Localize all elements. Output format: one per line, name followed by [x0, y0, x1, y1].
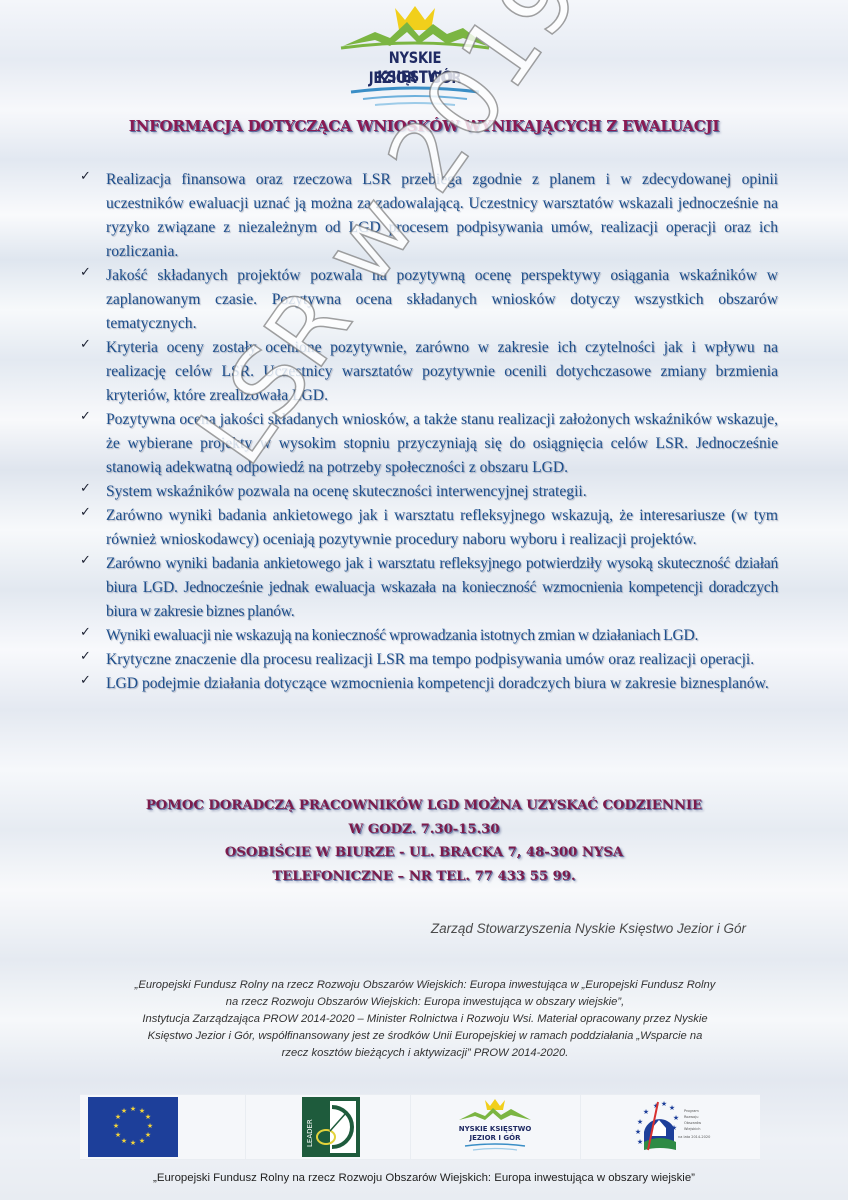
contact-line-1: POMOC DORADCZĄ PRACOWNIKÓW LGD MOŻNA UZY… [0, 794, 848, 818]
svg-text:★: ★ [637, 1138, 643, 1146]
list-item: ✓ Pozytywna ocena jakości składanych wni… [78, 408, 778, 480]
funding-note-line: Instytucja Zarządzająca PROW 2014-2020 –… [70, 1011, 780, 1028]
checkmark-icon: ✓ [80, 169, 91, 184]
list-item: ✓ Wyniki ewaluacji nie wskazują na konie… [78, 624, 778, 648]
svg-text:★: ★ [145, 1113, 151, 1121]
svg-text:Obszarów: Obszarów [684, 1121, 701, 1125]
list-item: ✓ Zarówno wyniki badania ankietowego jak… [78, 552, 778, 624]
leader-logo: LEADER [302, 1097, 360, 1157]
nyskie-ksiestwo-logo: NYSKIE KSIĘSTWO JEZIOR I GÓR [455, 1098, 535, 1156]
svg-text:★: ★ [147, 1122, 153, 1130]
checkmark-icon: ✓ [80, 625, 91, 640]
sponsor-logos: ★★★ ★★★ ★★★ ★★★ LEADER NYSKIE KSIĘSTWO J… [80, 1094, 760, 1160]
logo-text-line2: JEZIOR I GÓR [349, 68, 480, 87]
bottom-note: „Europejski Fundusz Rolny na rzecz Rozwo… [0, 1172, 848, 1184]
contact-hours: W GODZ. 7.30-15.30 [0, 818, 848, 842]
svg-text:na lata 2014-2020: na lata 2014-2020 [678, 1135, 710, 1139]
svg-text:★: ★ [121, 1107, 127, 1115]
list-item-text: System wskaźników pozwala na ocenę skute… [106, 480, 778, 504]
list-item: ✓ Jakość składanych projektów pozwala na… [78, 264, 778, 336]
svg-text:★: ★ [669, 1104, 675, 1112]
nyskie-logo-cell: NYSKIE KSIĘSTWO JEZIOR I GÓR [410, 1095, 581, 1159]
svg-text:★: ★ [643, 1108, 649, 1116]
svg-text:★: ★ [661, 1100, 667, 1108]
funding-note-line: na rzecz Rozwoju Obszarów Wiejskich: Eur… [70, 994, 780, 1011]
svg-text:★: ★ [139, 1137, 145, 1145]
funding-note-line: rzecz kosztów bieżących i aktywizacji” P… [70, 1045, 780, 1062]
svg-text:★: ★ [145, 1131, 151, 1139]
checkmark-icon: ✓ [80, 553, 91, 568]
svg-text:Rozwoju: Rozwoju [684, 1115, 698, 1119]
list-item: ✓ Realizacja finansowa oraz rzeczowa LSR… [78, 168, 778, 264]
contact-address: OSOBIŚCIE W BIURZE - UL. BRACKA 7, 48-30… [0, 841, 848, 865]
svg-text:★: ★ [130, 1105, 136, 1113]
checkmark-icon: ✓ [80, 649, 91, 664]
header-logo: NYSKIE KSIĘSTWO JEZIOR I GÓR [335, 2, 495, 112]
svg-text:★: ★ [121, 1137, 127, 1145]
svg-text:★: ★ [637, 1118, 643, 1126]
list-item-text: Jakość składanych projektów pozwala na p… [106, 264, 778, 336]
list-item-text: Zarówno wyniki badania ankietowego jak i… [106, 504, 778, 552]
list-item: ✓ Krytyczne znaczenie dla procesu realiz… [78, 648, 778, 672]
list-item: ✓ Zarówno wyniki badania ankietowego jak… [78, 504, 778, 552]
prow-logo-cell: ★★★ ★★★ ★★★ Program Rozwoju Obszarów Wie… [580, 1095, 760, 1159]
leader-cell: LEADER [245, 1095, 411, 1159]
prow-logo: ★★★ ★★★ ★★★ Program Rozwoju Obszarów Wie… [630, 1098, 714, 1156]
checkmark-icon: ✓ [80, 673, 91, 688]
svg-text:★: ★ [113, 1122, 119, 1130]
checkmark-icon: ✓ [80, 481, 91, 496]
funding-note: „Europejski Fundusz Rolny na rzecz Rozwo… [70, 977, 780, 1062]
contact-phone: TELEFONICZNE – NR TEL. 77 433 55 99. [0, 865, 848, 889]
svg-text:JEZIOR I GÓR: JEZIOR I GÓR [469, 1133, 522, 1142]
eu-flag-cell: ★★★ ★★★ ★★★ ★★★ [80, 1095, 246, 1159]
signature: Zarząd Stowarzyszenia Nyskie Księstwo Je… [0, 921, 746, 936]
checkmark-icon: ✓ [80, 505, 91, 520]
list-item: ✓ Kryteria oceny zostały ocenione pozyty… [78, 336, 778, 408]
checkmark-icon: ✓ [80, 337, 91, 352]
list-item-text: Kryteria oceny zostały ocenione pozytywn… [106, 336, 778, 408]
list-item-text: Zarówno wyniki badania ankietowego jak i… [106, 552, 778, 624]
funding-note-line: Księstwo Jezior i Gór, współfinansowany … [70, 1028, 780, 1045]
checkmark-icon: ✓ [80, 409, 91, 424]
list-item-text: Pozytywna ocena jakości składanych wnios… [106, 408, 778, 480]
svg-text:★: ★ [115, 1131, 121, 1139]
svg-text:NYSKIE KSIĘSTWO: NYSKIE KSIĘSTWO [459, 1125, 532, 1133]
list-item-text: Wyniki ewaluacji nie wskazują na koniecz… [106, 624, 778, 648]
eu-flag-logo: ★★★ ★★★ ★★★ ★★★ [88, 1097, 178, 1157]
funding-note-line: „Europejski Fundusz Rolny na rzecz Rozwo… [70, 977, 780, 994]
list-item-text: Krytyczne znaczenie dla procesu realizac… [106, 648, 778, 672]
list-item: ✓ System wskaźników pozwala na ocenę sku… [78, 480, 778, 504]
svg-text:LEADER: LEADER [306, 1119, 314, 1147]
svg-text:★: ★ [130, 1139, 136, 1147]
svg-text:Wiejskich: Wiejskich [684, 1127, 700, 1131]
list-item: ✓ LGD podejmie działania dotyczące wzmoc… [78, 672, 778, 696]
conclusions-list: ✓ Realizacja finansowa oraz rzeczowa LSR… [78, 168, 778, 696]
page-title: INFORMACJA DOTYCZĄCA WNIOSKÓW WYNIKAJĄCY… [0, 117, 848, 135]
svg-text:Program: Program [684, 1109, 699, 1113]
list-item-text: LGD podejmie działania dotyczące wzmocni… [106, 672, 778, 696]
svg-text:★: ★ [673, 1114, 679, 1122]
svg-text:★: ★ [635, 1128, 641, 1136]
list-item-text: Realizacja finansowa oraz rzeczowa LSR p… [106, 168, 778, 264]
contact-info: POMOC DORADCZĄ PRACOWNIKÓW LGD MOŻNA UZY… [0, 794, 848, 888]
checkmark-icon: ✓ [80, 265, 91, 280]
